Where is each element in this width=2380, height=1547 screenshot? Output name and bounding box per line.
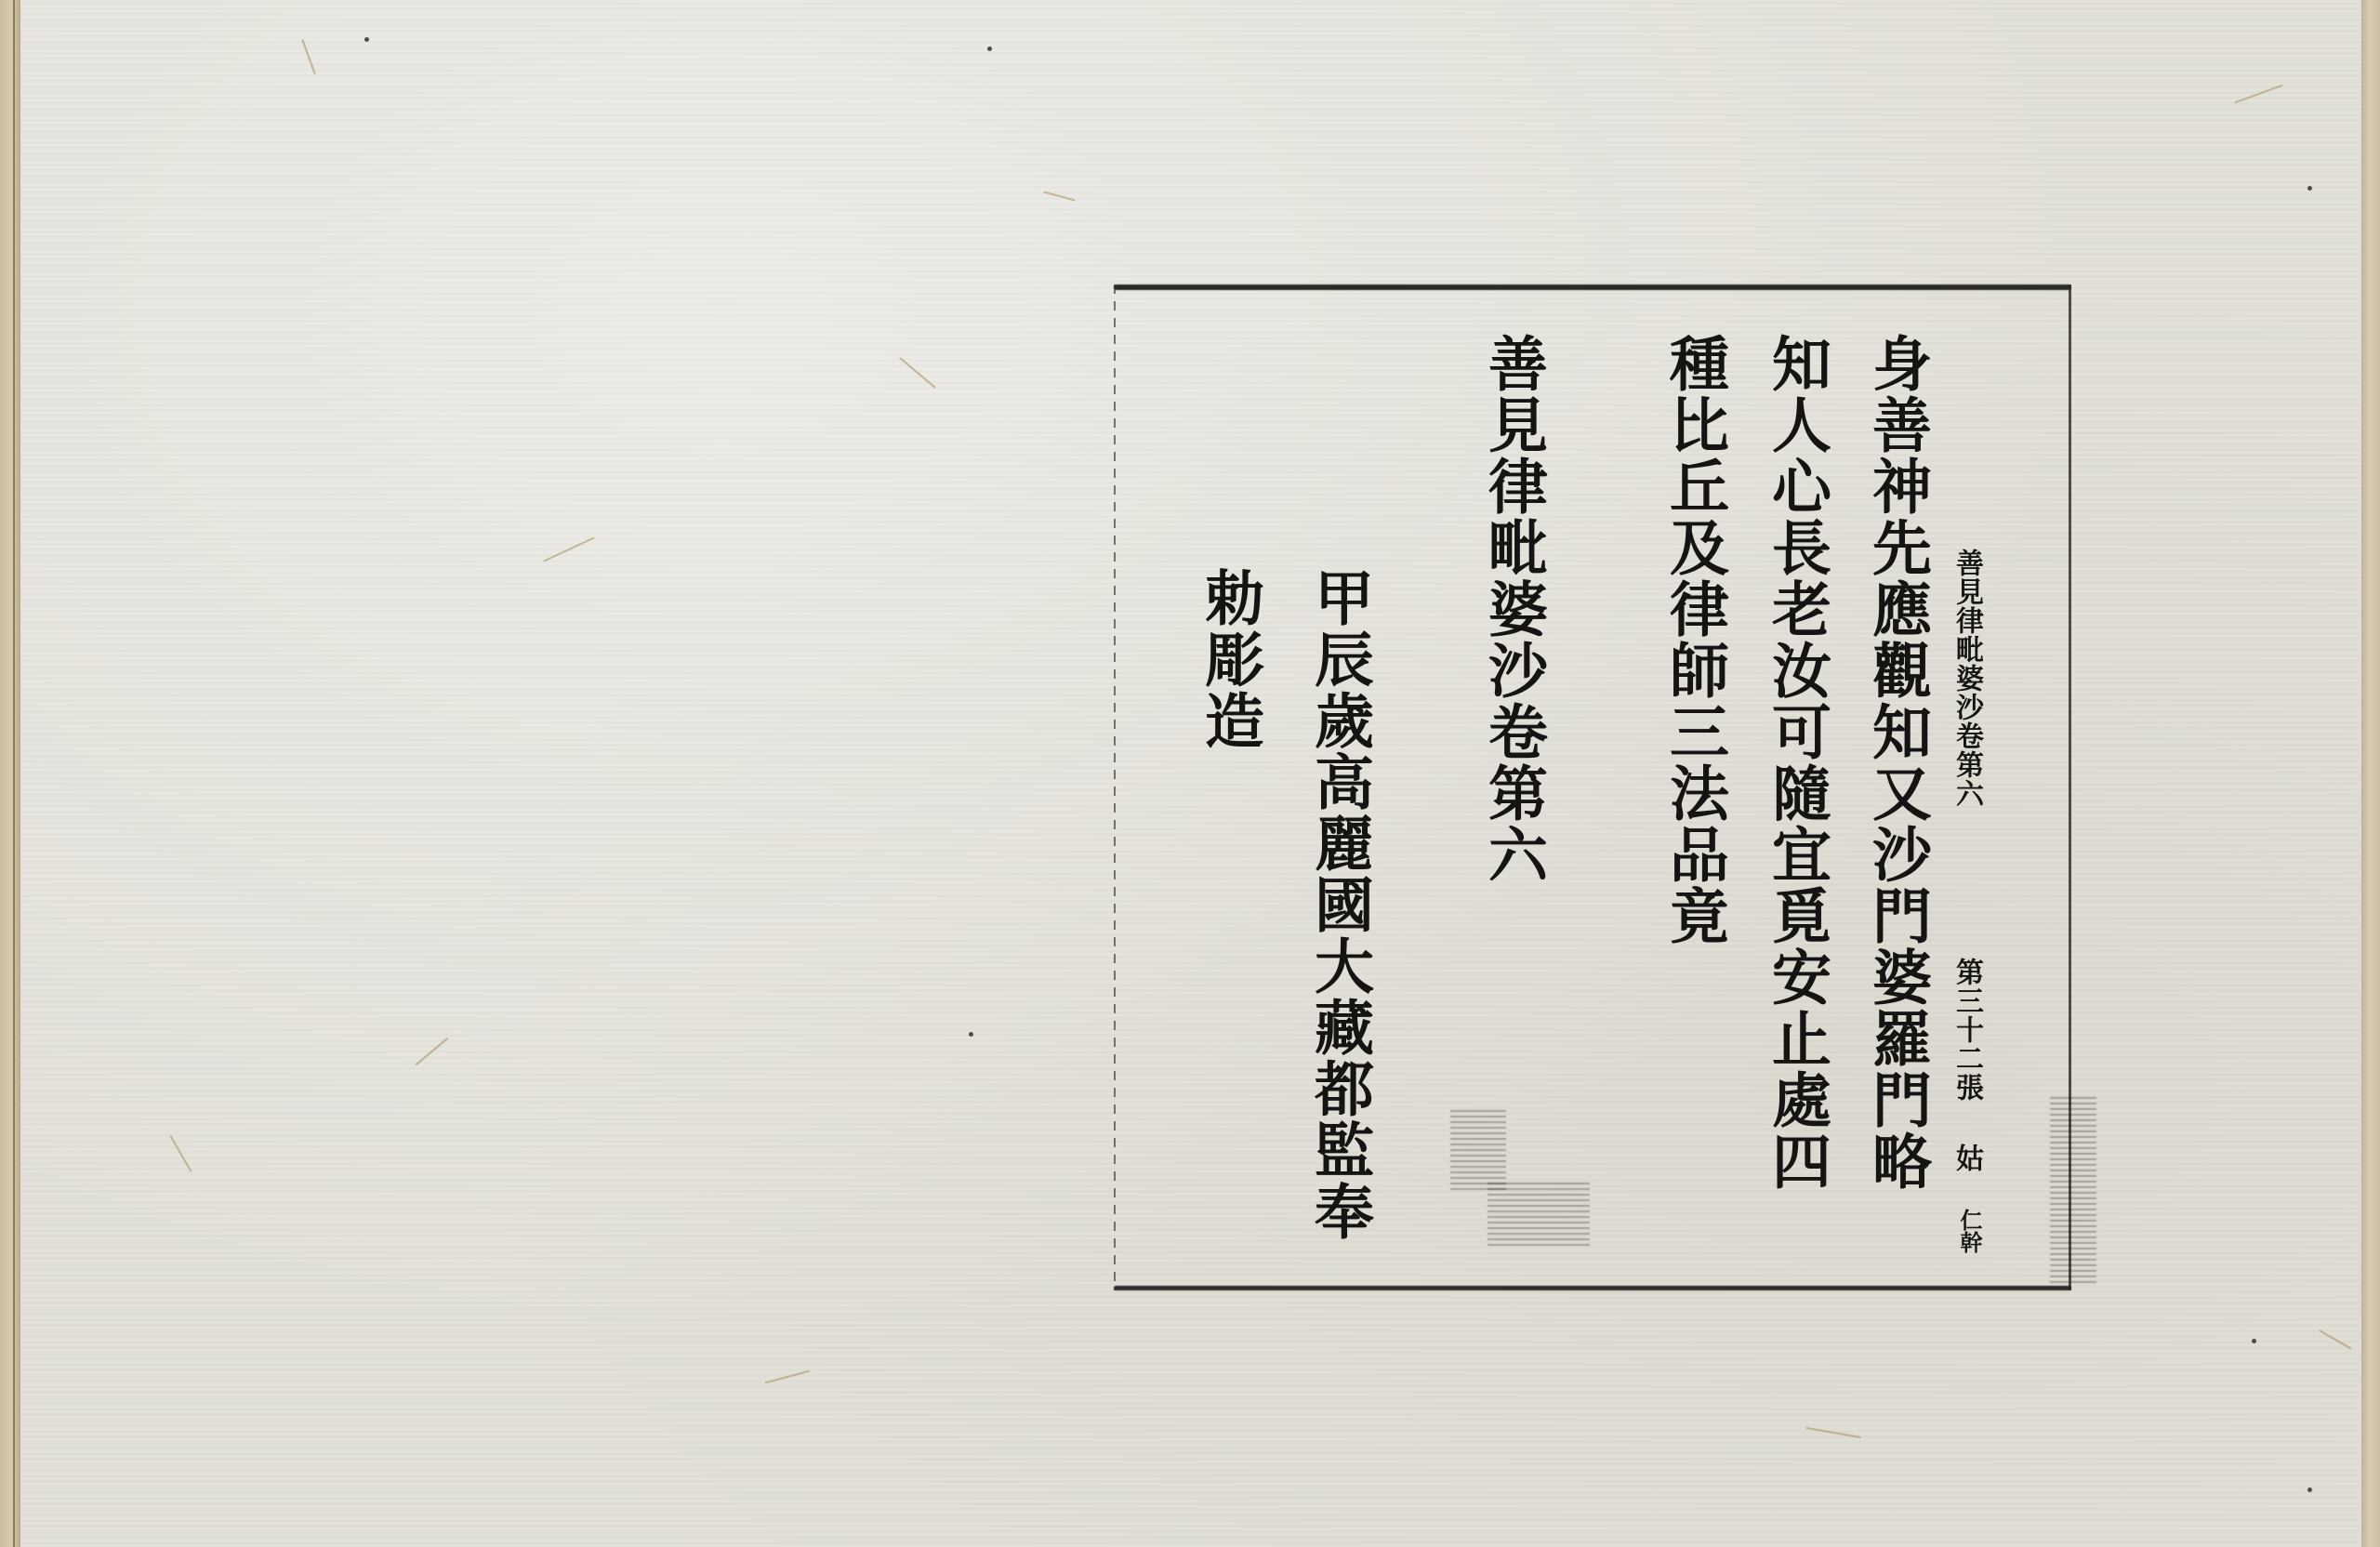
page-header-block-mark: 姑 [1952,1144,1980,1172]
paper-speck [2307,186,2312,191]
paper-speck [364,37,369,42]
ink-smudge [2050,1097,2096,1283]
ink-smudge [1450,1106,1506,1190]
page-header-title: 善見律毗婆沙卷第六 [1952,549,1980,808]
frame-top-rule [1114,284,2071,290]
colophon-line-2: 勅彫造 [1199,567,1259,751]
end-title: 善見律毗婆沙卷第六 [1483,333,1542,885]
body-column-2: 知人心長老汝可隨宜覓安止處四 [1766,333,1826,1192]
body-column-3: 種比丘及律師三法品竟 [1664,333,1724,946]
paper-fiber [765,1370,811,1384]
body-column-1: 身善神先應觀知又沙門婆羅門略 [1867,333,1926,1192]
paper-speck [987,46,992,51]
frame-bottom-rule [1114,1286,2071,1290]
paper-fiber [543,536,594,562]
paper-speck [969,1032,973,1037]
ink-smudge [1487,1181,1590,1246]
right-binding-edge [2361,0,2380,1547]
paper-fiber [1043,192,1075,202]
paper-fiber [416,1038,449,1065]
paper-fiber [1805,1427,1860,1438]
colophon-line-1: 甲辰歲高麗國大藏都監奉 [1309,567,1368,1242]
paper-fiber [169,1135,192,1172]
paper-speck [2307,1487,2312,1492]
paper-fiber [2234,85,2282,104]
paper-fiber [899,357,936,389]
page-header-carver: 仁幹 [1958,1209,1980,1253]
left-binding-edge [0,0,20,1547]
frame-left-rule [1114,284,1116,1290]
paper-fiber [2319,1329,2352,1350]
page-header-sheet-number: 第三十二張 [1952,958,1980,1102]
paper-fiber [301,39,316,74]
paper-speck [2252,1339,2256,1343]
